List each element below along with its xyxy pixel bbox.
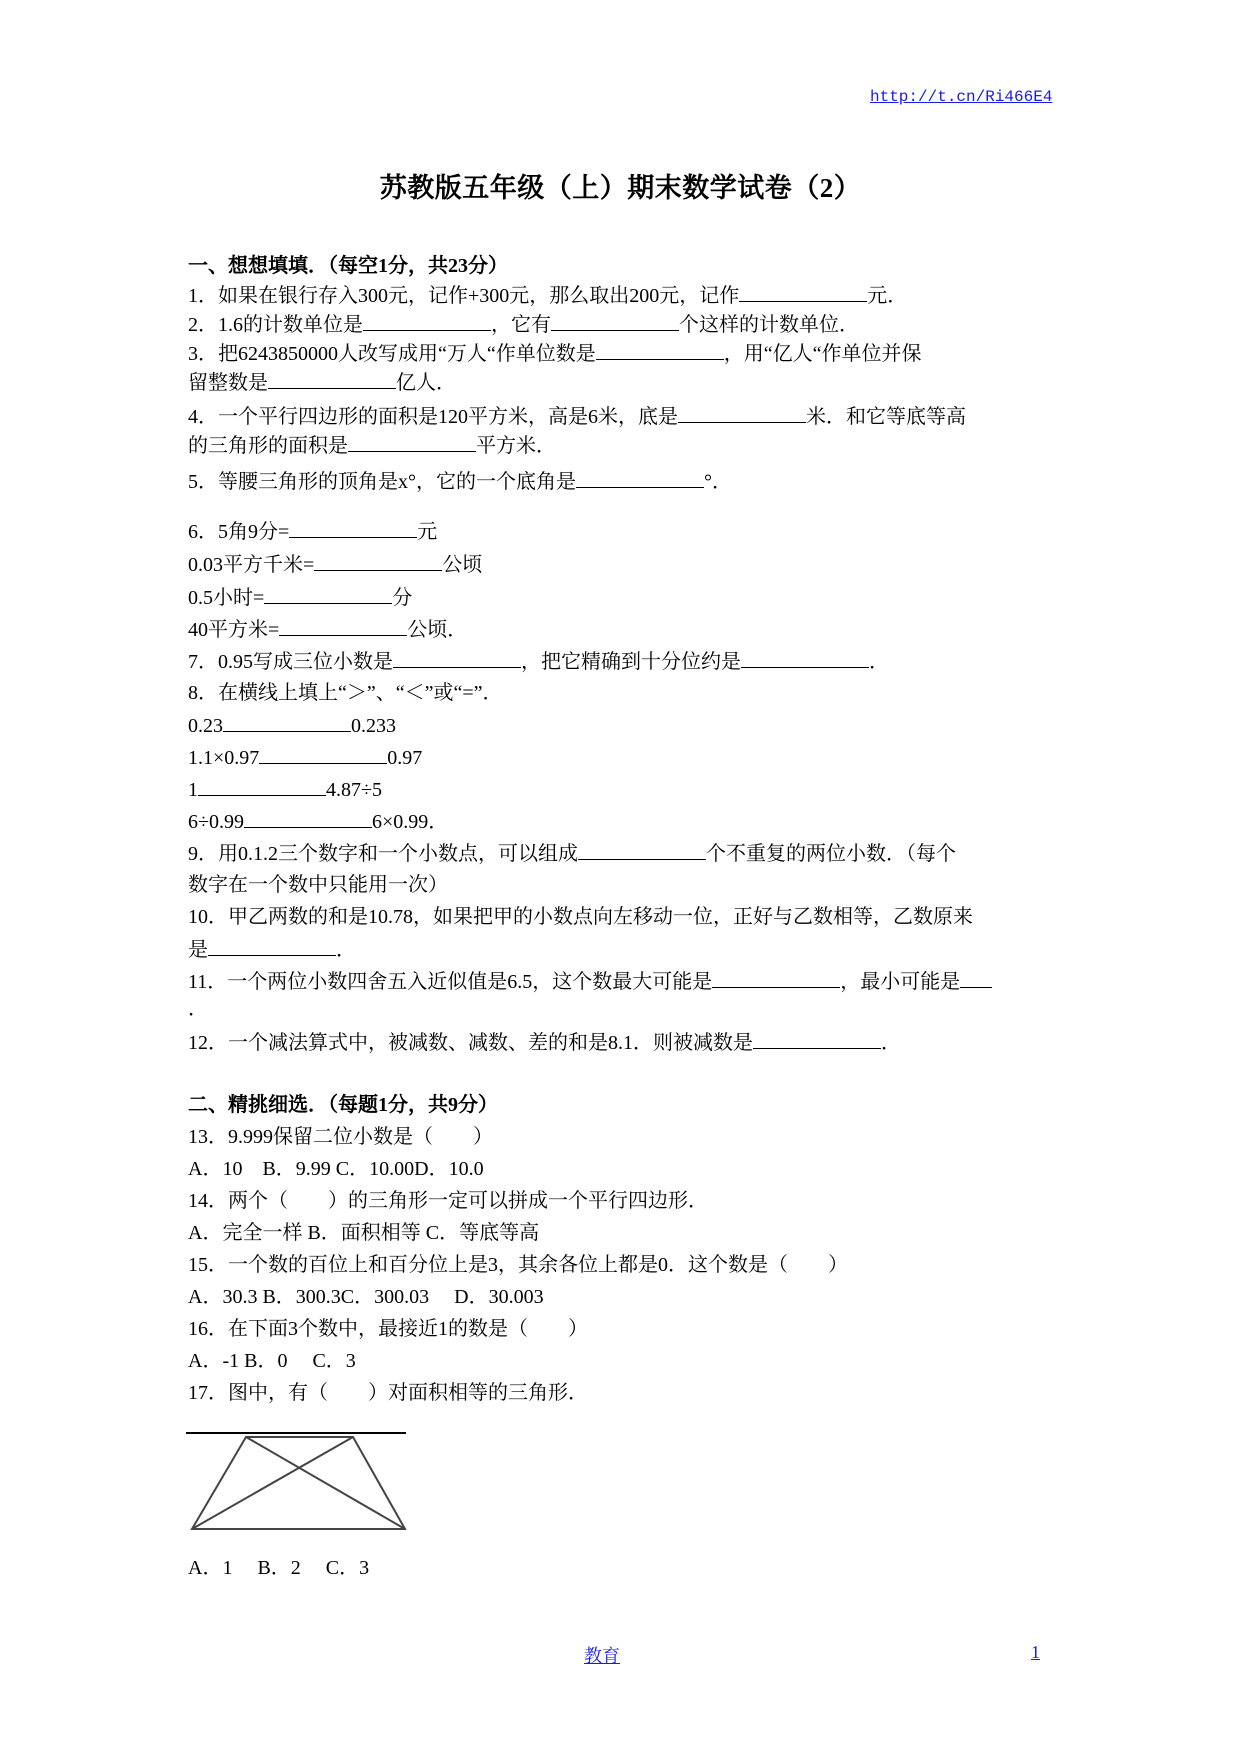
answer-blank	[259, 745, 387, 764]
q-text: ．	[188, 998, 208, 1020]
question-12: 12．一个减法算式中，被减数、减数、差的和是8.1．则被减数是．	[188, 1030, 901, 1055]
question-17-options: A．1 B．2 C．3	[188, 1556, 369, 1580]
q-text: ，把它精确到十分位约是	[521, 651, 741, 673]
page-title: 苏教版五年级（上）期末数学试卷（2）	[0, 166, 1241, 205]
question-8c: 14.87÷5	[188, 777, 382, 802]
question-4-cont: 的三角形的面积是平方米．	[188, 433, 556, 458]
q-text: 8．在横线上填上“＞”、“＜”或“=”．	[188, 682, 503, 704]
q-text: 0.03平方千米=	[188, 554, 314, 576]
answer-blank	[578, 841, 706, 860]
question-10-cont: 是．	[188, 937, 356, 962]
q-text: ．	[881, 1032, 901, 1054]
q-text: 12．一个减法算式中，被减数、减数、差的和是8.1．则被减数是	[188, 1032, 753, 1054]
answer-blank	[551, 312, 679, 331]
q-text: 公顷．	[407, 619, 467, 641]
q-text: 留整数是	[188, 372, 268, 394]
question-10: 10．甲乙两数的和是10.78，如果把甲的小数点向左移动一位，正好与乙数相等，乙…	[188, 905, 973, 929]
answer-blank	[198, 777, 326, 796]
q-text: °．	[704, 471, 732, 493]
question-16-options: A．-1 B．0 C．3	[188, 1349, 356, 1373]
q-text: 数字在一个数中只能用一次）	[188, 874, 448, 896]
question-11: 11．一个两位小数四舍五入近似值是6.5，这个数最大可能是，最小可能是	[188, 969, 992, 994]
q-text: 个不重复的两位小数．（每个	[706, 843, 956, 865]
q-text: 平方米．	[476, 435, 556, 457]
answer-blank	[741, 649, 869, 668]
question-8a: 0.230.233	[188, 713, 396, 738]
question-4: 4．一个平行四边形的面积是120平方米，高是6米，底是米．和它等底等高	[188, 404, 966, 429]
q-text: 7．0.95写成三位小数是	[188, 651, 393, 673]
question-16: 16．在下面3个数中，最接近1的数是（ ）	[188, 1317, 588, 1341]
question-1: 1．如果在银行存入300元，记作+300元，那么取出200元，记作元．	[188, 283, 907, 308]
answer-blank	[208, 937, 336, 956]
answer-blank	[596, 341, 724, 360]
page-number-link[interactable]: 1	[1031, 1642, 1040, 1663]
answer-blank	[264, 585, 392, 604]
q-text: 元	[417, 521, 437, 543]
q-text: 米．和它等底等高	[806, 406, 966, 428]
footer-center-link[interactable]: 教育	[584, 1642, 620, 1668]
answer-blank	[223, 713, 351, 732]
question-7: 7．0.95写成三位小数是，把它精确到十分位约是．	[188, 649, 889, 674]
answer-blank	[393, 649, 521, 668]
question-8: 8．在横线上填上“＞”、“＜”或“=”．	[188, 681, 503, 705]
answer-blank	[314, 552, 442, 571]
section-2-heading: 二、精挑细选．（每题1分，共9分）	[188, 1093, 498, 1117]
answer-blank	[244, 809, 372, 828]
question-15-options: A．30.3 B．300.3C．300.03 D．30.003	[188, 1285, 544, 1309]
q-text: 是	[188, 939, 208, 961]
answer-blank	[268, 370, 396, 389]
answer-blank	[753, 1030, 881, 1049]
question-3: 3．把6243850000人改写成用“万人“作单位数是，用“亿人“作单位并保	[188, 341, 922, 366]
q-text: 3．把6243850000人改写成用“万人“作单位数是	[188, 343, 596, 365]
answer-blank	[739, 283, 867, 302]
q-text: 个这样的计数单位．	[679, 314, 859, 336]
q-text: 6÷0.99	[188, 811, 244, 833]
answer-blank	[348, 433, 476, 452]
question-15: 15．一个数的百位上和百分位上是3，其余各位上都是0．这个数是（ ）	[188, 1253, 848, 1277]
question-8b: 1.1×0.970.97	[188, 745, 422, 770]
q-text: 公顷	[442, 554, 482, 576]
question-14-options: A．完全一样 B．面积相等 C．等底等高	[188, 1221, 539, 1245]
question-6c: 0.5小时=分	[188, 585, 412, 610]
question-8d: 6÷0.996×0.99．	[188, 809, 448, 834]
question-2: 2．1.6的计数单位是，它有个这样的计数单位．	[188, 312, 859, 337]
header-url-link[interactable]: http://t.cn/Ri466E4	[870, 88, 1050, 106]
answer-blank	[576, 469, 704, 488]
q-text: 5．等腰三角形的顶角是x°，它的一个底角是	[188, 471, 576, 493]
q-text: 6×0.99．	[372, 811, 448, 833]
q-text: ，它有	[491, 314, 551, 336]
trapezoid-figure	[186, 1428, 410, 1536]
question-6: 6．5角9分=元	[188, 519, 437, 544]
q-text: ．	[336, 939, 356, 961]
q-text: 2．1.6的计数单位是	[188, 314, 363, 336]
q-text: 4.87÷5	[326, 779, 382, 801]
question-6b: 0.03平方千米=公顷	[188, 552, 482, 577]
answer-blank	[678, 404, 806, 423]
q-text: 1.1×0.97	[188, 747, 259, 769]
q-text: 0.97	[387, 747, 422, 769]
answer-blank	[289, 519, 417, 538]
q-text: 6．5角9分=	[188, 521, 289, 543]
q-text: ，最小可能是	[840, 971, 960, 993]
question-5: 5．等腰三角形的顶角是x°，它的一个底角是°．	[188, 469, 732, 494]
question-9: 9．用0.1.2三个数字和一个小数点，可以组成个不重复的两位小数．（每个	[188, 841, 956, 866]
answer-blank	[363, 312, 491, 331]
answer-blank	[279, 617, 407, 636]
q-text: 11．一个两位小数四舍五入近似值是6.5，这个数最大可能是	[188, 971, 712, 993]
q-text: 10．甲乙两数的和是10.78，如果把甲的小数点向左移动一位，正好与乙数相等，乙…	[188, 906, 973, 928]
q-text: 4．一个平行四边形的面积是120平方米，高是6米，底是	[188, 406, 678, 428]
q-text: 1．如果在银行存入300元，记作+300元，那么取出200元，记作	[188, 285, 739, 307]
question-6d: 40平方米=公顷．	[188, 617, 467, 642]
q-text: 1	[188, 779, 198, 801]
question-17: 17．图中，有（ ）对面积相等的三角形．	[188, 1381, 588, 1405]
question-14: 14．两个（ ）的三角形一定可以拼成一个平行四边形．	[188, 1189, 708, 1213]
q-text: 40平方米=	[188, 619, 279, 641]
question-13-options: A．10 B．9.99 C．10.00D．10.0	[188, 1157, 484, 1181]
q-text: 亿人．	[396, 372, 456, 394]
q-text: 0.5小时=	[188, 587, 264, 609]
q-text: 0.23	[188, 715, 223, 737]
answer-blank	[712, 969, 840, 988]
answer-blank	[960, 969, 992, 988]
question-3-cont: 留整数是亿人．	[188, 370, 456, 395]
question-13: 13．9.999保留二位小数是（ ）	[188, 1125, 493, 1149]
q-text: ，用“亿人“作单位并保	[724, 343, 922, 365]
q-text: 元．	[867, 285, 907, 307]
q-text: ．	[869, 651, 889, 673]
q-text: 9．用0.1.2三个数字和一个小数点，可以组成	[188, 843, 578, 865]
q-text: 分	[392, 587, 412, 609]
q-text: 的三角形的面积是	[188, 435, 348, 457]
q-text: 0.233	[351, 715, 396, 737]
question-9-cont: 数字在一个数中只能用一次）	[188, 873, 448, 897]
section-1-heading: 一、想想填填．（每空1分，共23分）	[188, 254, 508, 278]
question-11-cont: ．	[188, 997, 208, 1021]
